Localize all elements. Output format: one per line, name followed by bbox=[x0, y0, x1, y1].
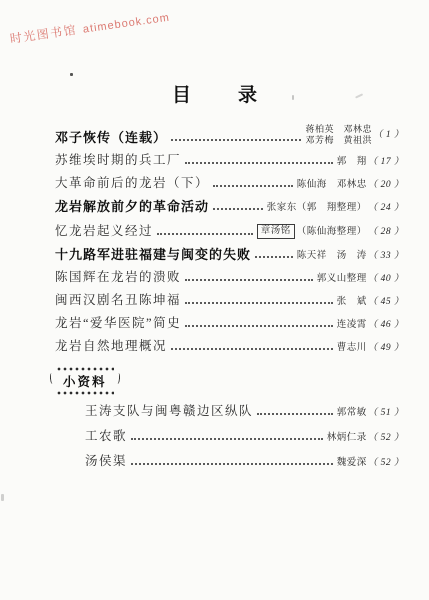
toc-entry: 闽西汉剧名丑陈坤福 张 斌 （ 45 ） bbox=[55, 293, 404, 308]
author-name: 连凌霄 bbox=[337, 319, 367, 331]
entry-title: 龙岩自然地理概况 bbox=[55, 339, 167, 354]
author-name: 林炳仁录 bbox=[327, 432, 367, 444]
toc-entry: 王涛支队与闽粤赣边区纵队 郭常敏 （ 51 ） bbox=[85, 404, 404, 419]
toc-entry: 龙岩“爱华医院”简史 连凌霄 （ 46 ） bbox=[55, 316, 404, 331]
author-name: 郭 翔 bbox=[337, 156, 367, 168]
page-number: （ 17 ） bbox=[368, 156, 404, 168]
page-number: （ 1 ） bbox=[373, 129, 404, 141]
page-number: （ 20 ） bbox=[368, 179, 404, 191]
author-line: 蒋柏英 邓林忠 bbox=[305, 124, 372, 135]
dotted-leader bbox=[185, 162, 333, 164]
page-number: （ 52 ） bbox=[368, 457, 404, 469]
page-title: 目 录 bbox=[0, 80, 429, 107]
entry-title: 闽西汉剧名丑陈坤福 bbox=[55, 293, 181, 308]
watermark-cn: 时光图书馆 bbox=[9, 23, 78, 46]
scan-artifact bbox=[70, 73, 73, 76]
page-number: （ 28 ） bbox=[368, 226, 404, 238]
toc-entry: 龙岩自然地理概况 曹志川 （ 49 ） bbox=[55, 339, 404, 354]
entry-title: 陈国辉在龙岩的溃败 bbox=[55, 270, 181, 285]
entry-title: 苏维埃时期的兵工厂 bbox=[55, 153, 181, 168]
toc-entry: 大革命前后的龙岩（下） 陈仙海 邓林忠 （ 20 ） bbox=[55, 176, 404, 191]
entry-title: 大革命前后的龙岩（下） bbox=[55, 176, 209, 191]
entry-authors: 魏爱深 （ 52 ） bbox=[337, 457, 404, 469]
entry-title: 龙岩解放前夕的革命活动 bbox=[55, 199, 209, 214]
entry-authors: 曹志川 （ 49 ） bbox=[337, 342, 404, 354]
dotted-leader bbox=[185, 302, 333, 304]
page-number: （ 40 ） bbox=[368, 273, 404, 285]
author-name: 郭常敏 bbox=[337, 407, 367, 419]
toc-entry: 邓子恢传（连载） 蒋柏英 邓林忠 邓芳梅 黄祖洪 （ 1 ） bbox=[55, 124, 404, 145]
page-number: （ 46 ） bbox=[368, 319, 404, 331]
dotted-leader bbox=[213, 208, 263, 210]
section-label-badge: 小资料 bbox=[53, 368, 117, 394]
section-label: 小资料 bbox=[63, 375, 107, 389]
entry-authors: 郭常敏 （ 51 ） bbox=[337, 407, 404, 419]
scan-artifact bbox=[1, 494, 4, 501]
boxed-author-name: 章汤铭 bbox=[257, 224, 295, 239]
watermark: 时光图书馆atimebook.com bbox=[9, 8, 171, 47]
toc-entry: 陈国辉在龙岩的溃败 郭义山整理 （ 40 ） bbox=[55, 270, 404, 285]
page-number: （ 51 ） bbox=[368, 407, 404, 419]
entry-authors: 林炳仁录 （ 52 ） bbox=[327, 432, 404, 444]
page-number: （ 45 ） bbox=[368, 296, 404, 308]
author-line: 邓芳梅 黄祖洪 bbox=[305, 135, 372, 146]
entry-title: 工农歌 bbox=[85, 429, 127, 444]
entry-authors: 张 斌 （ 45 ） bbox=[337, 296, 404, 308]
author-name: 张家东（郭 翔整理） bbox=[267, 202, 367, 214]
page-number: （ 33 ） bbox=[368, 250, 404, 262]
author-name: 陈天祥 汤 涛 bbox=[297, 250, 367, 262]
entry-authors: 连凌霄 （ 46 ） bbox=[337, 319, 404, 331]
dotted-leader bbox=[185, 279, 313, 281]
entry-authors: 张家东（郭 翔整理） （ 24 ） bbox=[267, 202, 404, 214]
page-number: （ 24 ） bbox=[368, 202, 404, 214]
author-name: 曹志川 bbox=[337, 342, 367, 354]
toc-entry: 汤侯渠 魏爱深 （ 52 ） bbox=[85, 454, 404, 469]
dotted-leader bbox=[213, 185, 293, 187]
entry-title: 忆龙岩起义经过 bbox=[55, 224, 153, 239]
entry-authors: 郭 翔 （ 17 ） bbox=[337, 156, 404, 168]
entry-title: 汤侯渠 bbox=[85, 454, 127, 469]
dotted-leader bbox=[257, 413, 333, 415]
watermark-url: atimebook.com bbox=[82, 12, 170, 36]
entry-authors: 章汤铭 （陈仙海整理） （ 28 ） bbox=[257, 224, 404, 239]
entry-title: 王涛支队与闽粤赣边区纵队 bbox=[85, 404, 253, 419]
dotted-leader bbox=[185, 325, 333, 327]
author-name: 魏爱深 bbox=[337, 457, 367, 469]
section-divider: 小资料 bbox=[53, 368, 404, 394]
entry-title: 龙岩“爱华医院”简史 bbox=[55, 316, 181, 331]
author-name: （陈仙海整理） bbox=[297, 226, 367, 238]
dotted-leader bbox=[131, 463, 333, 465]
toc-list: 邓子恢传（连载） 蒋柏英 邓林忠 邓芳梅 黄祖洪 （ 1 ） 苏维埃时期的兵工厂… bbox=[55, 124, 404, 479]
scanned-toc-page: 时光图书馆atimebook.com 目 录 邓子恢传（连载） 蒋柏英 邓林忠 … bbox=[0, 0, 429, 600]
toc-entry: 工农歌 林炳仁录 （ 52 ） bbox=[85, 429, 404, 444]
entry-authors: 蒋柏英 邓林忠 邓芳梅 黄祖洪 （ 1 ） bbox=[305, 124, 404, 145]
dotted-leader bbox=[157, 233, 253, 235]
entry-title: 邓子恢传（连载） bbox=[55, 130, 167, 145]
author-name: 陈仙海 邓林忠 bbox=[297, 179, 367, 191]
dotted-leader bbox=[131, 438, 323, 440]
entry-authors: 陈天祥 汤 涛 （ 33 ） bbox=[297, 250, 404, 262]
author-name: 郭义山整理 bbox=[317, 273, 367, 285]
toc-entry: 苏维埃时期的兵工厂 郭 翔 （ 17 ） bbox=[55, 153, 404, 168]
author-name: 张 斌 bbox=[337, 296, 367, 308]
toc-entry: 龙岩解放前夕的革命活动 张家东（郭 翔整理） （ 24 ） bbox=[55, 199, 404, 214]
section-sub-list: 王涛支队与闽粤赣边区纵队 郭常敏 （ 51 ） 工农歌 林炳仁录 （ 52 ） … bbox=[85, 404, 404, 469]
page-number: （ 49 ） bbox=[368, 342, 404, 354]
entry-authors: 陈仙海 邓林忠 （ 20 ） bbox=[297, 179, 404, 191]
toc-entry: 忆龙岩起义经过 章汤铭 （陈仙海整理） （ 28 ） bbox=[55, 224, 404, 239]
badge-ornament-right bbox=[115, 373, 120, 384]
entry-title: 十九路军进驻福建与闽变的失败 bbox=[55, 247, 251, 262]
entry-authors: 郭义山整理 （ 40 ） bbox=[317, 273, 404, 285]
dotted-leader bbox=[171, 139, 301, 141]
page-number: （ 52 ） bbox=[368, 432, 404, 444]
toc-entry: 十九路军进驻福建与闽变的失败 陈天祥 汤 涛 （ 33 ） bbox=[55, 247, 404, 262]
author-stack: 蒋柏英 邓林忠 邓芳梅 黄祖洪 bbox=[305, 124, 372, 145]
dotted-leader bbox=[255, 256, 293, 258]
dotted-leader bbox=[171, 348, 333, 350]
badge-ornament-left bbox=[50, 373, 55, 384]
